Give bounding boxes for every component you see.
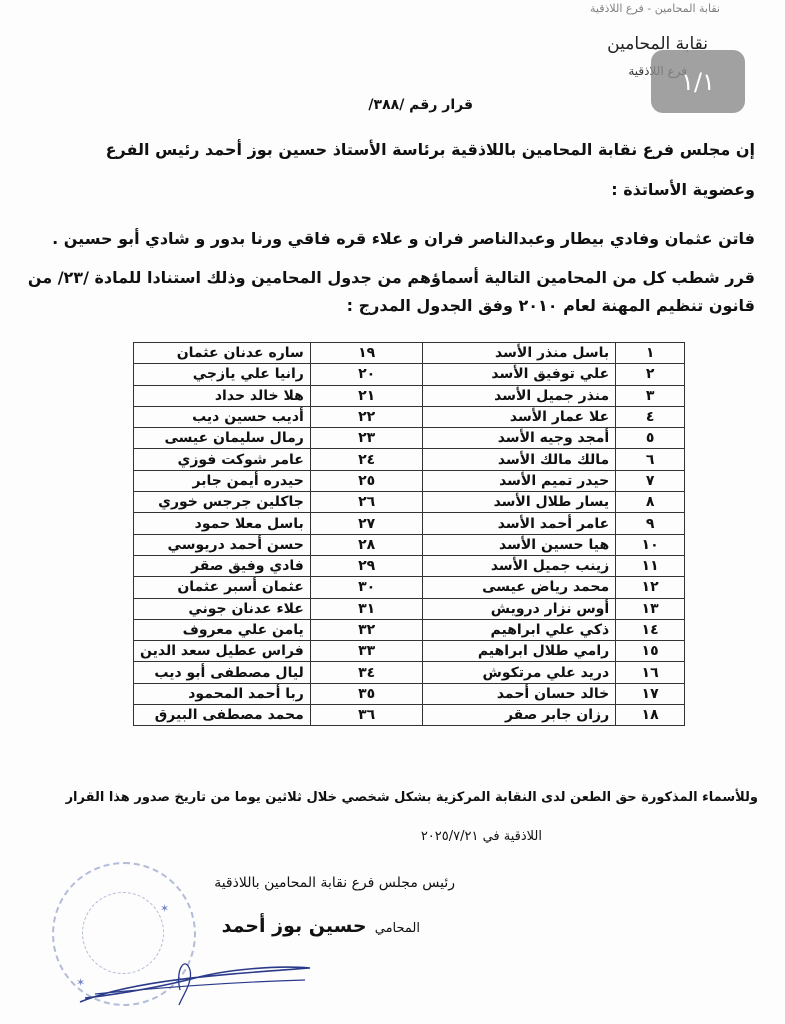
row-number: ٢٦ bbox=[310, 492, 423, 513]
row-number: ١٥ bbox=[616, 641, 685, 662]
row-number: ٢٢ bbox=[310, 406, 423, 427]
table-row: ٥أمجد وجيه الأسد٢٣رمال سليمان عيسى bbox=[134, 428, 685, 449]
lawyer-name: دريد علي مرتكوش bbox=[423, 662, 616, 683]
table-row: ١٦دريد علي مرتكوش٣٤ليال مصطفى أبو ديب bbox=[134, 662, 685, 683]
table-row: ٦مالك مالك الأسد٢٤عامر شوكت فوزي bbox=[134, 449, 685, 470]
document-page: نقابة المحامين - فرع اللاذقية نقابة المح… bbox=[0, 0, 785, 1024]
row-number: ٢١ bbox=[310, 385, 423, 406]
table-row: ٨يسار طلال الأسد٢٦جاكلين جرجس خوري bbox=[134, 492, 685, 513]
members-list: فاتن عثمان وفادي بيطار وعبدالناصر فران و… bbox=[52, 229, 755, 248]
row-number: ٦ bbox=[616, 449, 685, 470]
table-row: ١٥رامي طلال ابراهيم٣٣فراس عطيل سعد الدين bbox=[134, 641, 685, 662]
members-heading: وعضوية الأساتذة : bbox=[611, 180, 755, 199]
table-row: ١٢محمد رياض عيسى٣٠عثمان أسبر عثمان bbox=[134, 577, 685, 598]
row-number: ٤ bbox=[616, 406, 685, 427]
table-row: ٧حيدر تميم الأسد٢٥حيدره أيمن جابر bbox=[134, 470, 685, 491]
row-number: ٢٥ bbox=[310, 470, 423, 491]
decision-number: قرار رقم /٣٨٨/ bbox=[368, 97, 473, 113]
row-number: ٣١ bbox=[310, 598, 423, 619]
row-number: ٨ bbox=[616, 492, 685, 513]
signatory-name: حسين بوز أحمد bbox=[222, 915, 367, 937]
lawyer-name: رامي طلال ابراهيم bbox=[423, 641, 616, 662]
row-number: ١٨ bbox=[616, 705, 685, 726]
table-row: ١٠هيا حسين الأسد٢٨حسن أحمد دريوسي bbox=[134, 534, 685, 555]
lawyer-name: ذكي علي ابراهيم bbox=[423, 619, 616, 640]
table-row: ١٤ذكي علي ابراهيم٣٢يامن علي معروف bbox=[134, 619, 685, 640]
signatory-line: المحامي حسين بوز أحمد bbox=[222, 915, 420, 937]
row-number: ٢٨ bbox=[310, 534, 423, 555]
lawyer-name: جاكلين جرجس خوري bbox=[134, 492, 311, 513]
row-number: ١ bbox=[616, 343, 685, 364]
lawyer-name: أديب حسين ديب bbox=[134, 406, 311, 427]
row-number: ١٧ bbox=[616, 683, 685, 704]
lawyer-name: مالك مالك الأسد bbox=[423, 449, 616, 470]
table-row: ١١زينب جميل الأسد٢٩فادي وفيق صقر bbox=[134, 555, 685, 576]
row-number: ١٣ bbox=[616, 598, 685, 619]
row-number: ٥ bbox=[616, 428, 685, 449]
lawyer-name: علا عمار الأسد bbox=[423, 406, 616, 427]
lawyer-name: ليال مصطفى أبو ديب bbox=[134, 662, 311, 683]
decision-text-line-2: قانون تنظيم المهنة لعام ٢٠١٠ وفق الجدول … bbox=[347, 296, 755, 315]
lawyer-name: باسل معلا حمود bbox=[134, 513, 311, 534]
table-row: ١٧خالد حسان أحمد٣٥ربا أحمد المحمود bbox=[134, 683, 685, 704]
row-number: ١٢ bbox=[616, 577, 685, 598]
stamp-star-icon: ✶ bbox=[160, 902, 169, 915]
table-row: ١٣أوس نزار درويش٣١علاء عدنان جوني bbox=[134, 598, 685, 619]
decision-text-line-1: قرر شطب كل من المحامين التالية أسماؤهم م… bbox=[28, 268, 755, 287]
signatory-title: رئيس مجلس فرع نقابة المحامين باللاذقية bbox=[214, 875, 455, 891]
row-number: ٢ bbox=[616, 364, 685, 385]
place-date: اللاذقية في ٢٠٢٥/٧/٢١ bbox=[421, 829, 542, 844]
lawyer-name: باسل منذر الأسد bbox=[423, 343, 616, 364]
row-number: ٣٢ bbox=[310, 619, 423, 640]
row-number: ٢٠ bbox=[310, 364, 423, 385]
table-row: ٣منذر جميل الأسد٢١هلا خالد حداد bbox=[134, 385, 685, 406]
lawyer-name: أمجد وجيه الأسد bbox=[423, 428, 616, 449]
lawyer-name: علي توفيق الأسد bbox=[423, 364, 616, 385]
lawyer-name: ساره عدنان عثمان bbox=[134, 343, 311, 364]
lawyer-name: منذر جميل الأسد bbox=[423, 385, 616, 406]
row-number: ٩ bbox=[616, 513, 685, 534]
row-number: ١٩ bbox=[310, 343, 423, 364]
row-number: ٧ bbox=[616, 470, 685, 491]
table-row: ٤علا عمار الأسد٢٢أديب حسين ديب bbox=[134, 406, 685, 427]
lawyer-name: حسن أحمد دريوسي bbox=[134, 534, 311, 555]
lawyer-name: أوس نزار درويش bbox=[423, 598, 616, 619]
council-paragraph: إن مجلس فرع نقابة المحامين باللاذقية برئ… bbox=[106, 140, 755, 159]
lawyer-name: ربا أحمد المحمود bbox=[134, 683, 311, 704]
lawyer-name: رمال سليمان عيسى bbox=[134, 428, 311, 449]
lawyer-name: رزان جابر صقر bbox=[423, 705, 616, 726]
lawyer-name: عامر شوكت فوزي bbox=[134, 449, 311, 470]
row-number: ٢٤ bbox=[310, 449, 423, 470]
lawyer-name: عامر أحمد الأسد bbox=[423, 513, 616, 534]
lawyer-name: هيا حسين الأسد bbox=[423, 534, 616, 555]
signatory-prefix: المحامي bbox=[375, 921, 420, 936]
table-row: ١باسل منذر الأسد١٩ساره عدنان عثمان bbox=[134, 343, 685, 364]
lawyer-name: يامن علي معروف bbox=[134, 619, 311, 640]
row-number: ١٦ bbox=[616, 662, 685, 683]
lawyer-name: يسار طلال الأسد bbox=[423, 492, 616, 513]
appeal-notice: وللأسماء المذكورة حق الطعن لدى النقابة ا… bbox=[66, 790, 758, 805]
row-number: ٢٧ bbox=[310, 513, 423, 534]
lawyer-name: فادي وفيق صقر bbox=[134, 555, 311, 576]
lawyer-name: محمد رياض عيسى bbox=[423, 577, 616, 598]
row-number: ٣ bbox=[616, 385, 685, 406]
lawyer-name: فراس عطيل سعد الدين bbox=[134, 641, 311, 662]
lawyer-name: خالد حسان أحمد bbox=[423, 683, 616, 704]
row-number: ١٤ bbox=[616, 619, 685, 640]
row-number: ٢٩ bbox=[310, 555, 423, 576]
row-number: ١٠ bbox=[616, 534, 685, 555]
table-row: ١٨رزان جابر صقر٣٦محمد مصطفى البيرق bbox=[134, 705, 685, 726]
row-number: ٣٣ bbox=[310, 641, 423, 662]
lawyer-name: حيدر تميم الأسد bbox=[423, 470, 616, 491]
row-number: ٣٦ bbox=[310, 705, 423, 726]
handwritten-signature bbox=[75, 950, 315, 1010]
lawyer-name: هلا خالد حداد bbox=[134, 385, 311, 406]
lawyer-name: حيدره أيمن جابر bbox=[134, 470, 311, 491]
lawyer-name: عثمان أسبر عثمان bbox=[134, 577, 311, 598]
struck-lawyers-table: ١باسل منذر الأسد١٩ساره عدنان عثمان٢علي ت… bbox=[133, 342, 685, 726]
row-number: ٣٥ bbox=[310, 683, 423, 704]
table-row: ٢علي توفيق الأسد٢٠رانيا علي يازجي bbox=[134, 364, 685, 385]
lawyer-name: علاء عدنان جوني bbox=[134, 598, 311, 619]
table-row: ٩عامر أحمد الأسد٢٧باسل معلا حمود bbox=[134, 513, 685, 534]
lawyer-name: محمد مصطفى البيرق bbox=[134, 705, 311, 726]
row-number: ٣٤ bbox=[310, 662, 423, 683]
lawyer-name: زينب جميل الأسد bbox=[423, 555, 616, 576]
row-number: ٣٠ bbox=[310, 577, 423, 598]
row-number: ٢٣ bbox=[310, 428, 423, 449]
page-indicator-badge: ١/١ bbox=[651, 50, 745, 113]
faded-header-text: نقابة المحامين - فرع اللاذقية bbox=[570, 2, 740, 15]
lawyer-name: رانيا علي يازجي bbox=[134, 364, 311, 385]
row-number: ١١ bbox=[616, 555, 685, 576]
